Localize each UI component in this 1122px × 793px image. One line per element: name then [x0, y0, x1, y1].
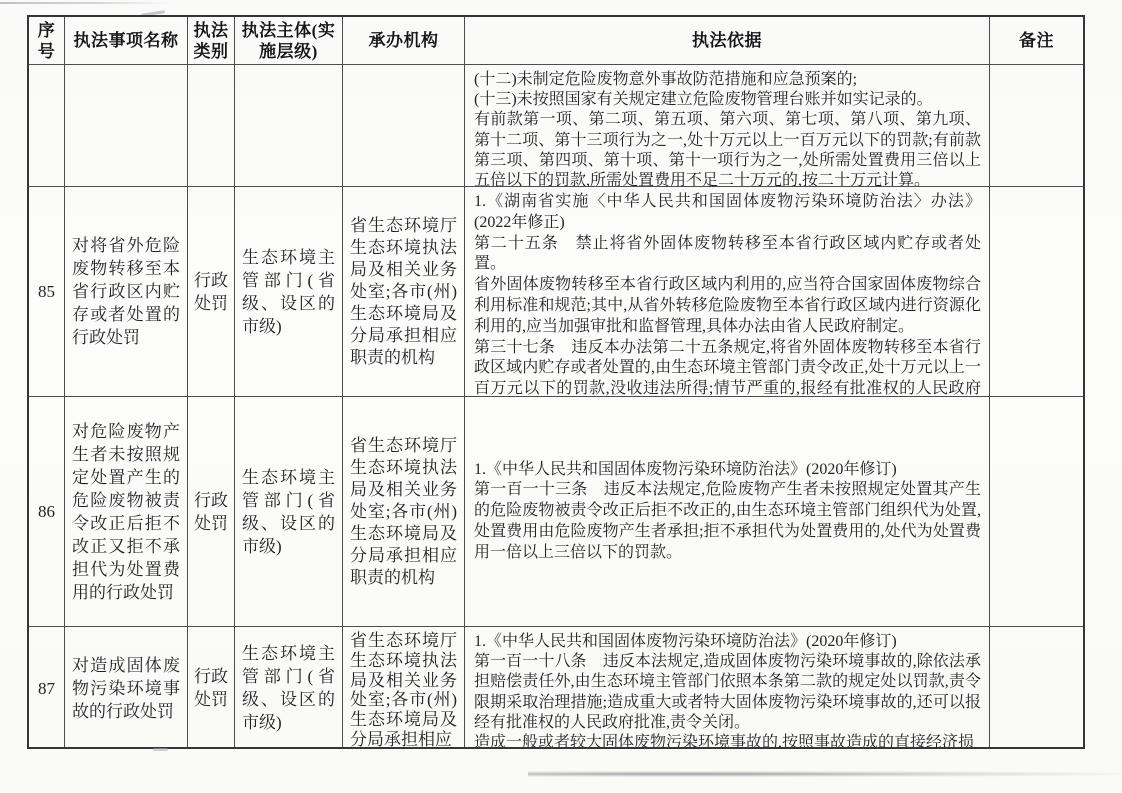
- cell-name-86: 对危险废物产生者未按照规定处置产生的危险废物被责令改正后拒不改正又拒不承担代为处…: [65, 397, 188, 627]
- header-remark: 备注: [990, 17, 1083, 65]
- header-matter-name: 执法事项名称: [65, 17, 188, 65]
- cell-name-85: 对将省外危险废物转移至本省行政区内贮存或者处置的行政处罚: [65, 187, 188, 397]
- scanned-document-page: 序号 执法事项名称 执法类别 执法主体(实施层级) 承办机构 执法依据 备注 (…: [0, 0, 1122, 793]
- cell-subject-87: 生态环境主管部门(省级、设区的市级): [235, 627, 343, 749]
- subject-text: 生态环境主管部门(省级、设区的市级): [242, 246, 335, 338]
- cell-agency-87: 省生态环境厅生态环境执法局及相关业务处室;各市(州)生态环境局及分局承担相应: [343, 627, 465, 749]
- cell-subject-85: 生态环境主管部门(省级、设区的市级): [235, 187, 343, 397]
- agency-text: 省生态环境厅生态环境执法局及相关业务处室;各市(州)生态环境局及分局承担相应职责…: [350, 435, 457, 589]
- agency-text: 省生态环境厅生态环境执法局及相关业务处室;各市(州)生态环境局及分局承担相应: [350, 631, 457, 749]
- enforcement-matters-table: 序号 执法事项名称 执法类别 执法主体(实施层级) 承办机构 执法依据 备注 (…: [27, 15, 1085, 749]
- cell-subject-86: 生态环境主管部门(省级、设区的市级): [235, 397, 343, 627]
- agency-text: 省生态环境厅生态环境执法局及相关业务处室;各市(州)生态环境局及分局承担相应职责…: [350, 215, 457, 369]
- header-subject: 执法主体(实施层级): [235, 17, 343, 65]
- matter-name-text: 对危险废物产生者未按照规定处置产生的危险废物被责令改正后拒不改正又拒不承担代为处…: [72, 420, 180, 604]
- cell-agency-85: 省生态环境厅生态环境执法局及相关业务处室;各市(州)生态环境局及分局承担相应职责…: [343, 187, 465, 397]
- matter-name-text: 对将省外危险废物转移至本省行政区内贮存或者处置的行政处罚: [72, 234, 180, 349]
- cell-remark-85: [990, 187, 1083, 397]
- cell-agency-cont: [343, 65, 465, 187]
- cell-basis-86: 1.《中华人民共和国固体废物污染环境防治法》(2020年修订) 第一百一十三条 …: [465, 397, 990, 627]
- cell-name-87: 对造成固体废物污染环境事故的行政处罚: [65, 627, 188, 749]
- header-agency: 承办机构: [343, 17, 465, 65]
- header-basis: 执法依据: [465, 17, 990, 65]
- header-serial-number: 序号: [29, 17, 65, 65]
- cell-basis-85: 1.《湖南省实施〈中华人民共和国固体废物污染环境防治法〉办法》(2022年修正)…: [465, 187, 990, 397]
- scan-artifact-bottom-streak: [528, 771, 1122, 777]
- cell-remark-86: [990, 397, 1083, 627]
- scan-artifact-top-line: [0, 2, 172, 4]
- cell-name-cont: [65, 65, 188, 187]
- cell-category-86: 行政处罚: [188, 397, 235, 627]
- cell-category-87: 行政处罚: [188, 627, 235, 749]
- matter-name-text: 对造成固体废物污染环境事故的行政处罚: [72, 654, 180, 723]
- cell-serial-cont: [29, 65, 65, 187]
- cell-serial-87: 87: [29, 627, 65, 749]
- header-category: 执法类别: [188, 17, 235, 65]
- cell-serial-86: 86: [29, 397, 65, 627]
- subject-text: 生态环境主管部门(省级、设区的市级): [242, 642, 335, 734]
- cell-category-85: 行政处罚: [188, 187, 235, 397]
- cell-category-cont: [188, 65, 235, 187]
- subject-text: 生态环境主管部门(省级、设区的市级): [242, 466, 335, 558]
- cell-basis-cont: (十二)未制定危险废物意外事故防范措施和应急预案的; (十三)未按照国家有关规定…: [465, 65, 990, 187]
- basis-text: 1.《中华人民共和国固体废物污染环境防治法》(2020年修订) 第一百一十三条 …: [474, 460, 981, 564]
- cell-agency-86: 省生态环境厅生态环境执法局及相关业务处室;各市(州)生态环境局及分局承担相应职责…: [343, 397, 465, 627]
- cell-remark-87: [990, 627, 1083, 749]
- cell-remark-cont: [990, 65, 1083, 187]
- cell-basis-87: 1.《中华人民共和国固体废物污染环境防治法》(2020年修订) 第一百一十八条 …: [465, 627, 990, 749]
- cell-subject-cont: [235, 65, 343, 187]
- cell-serial-85: 85: [29, 187, 65, 397]
